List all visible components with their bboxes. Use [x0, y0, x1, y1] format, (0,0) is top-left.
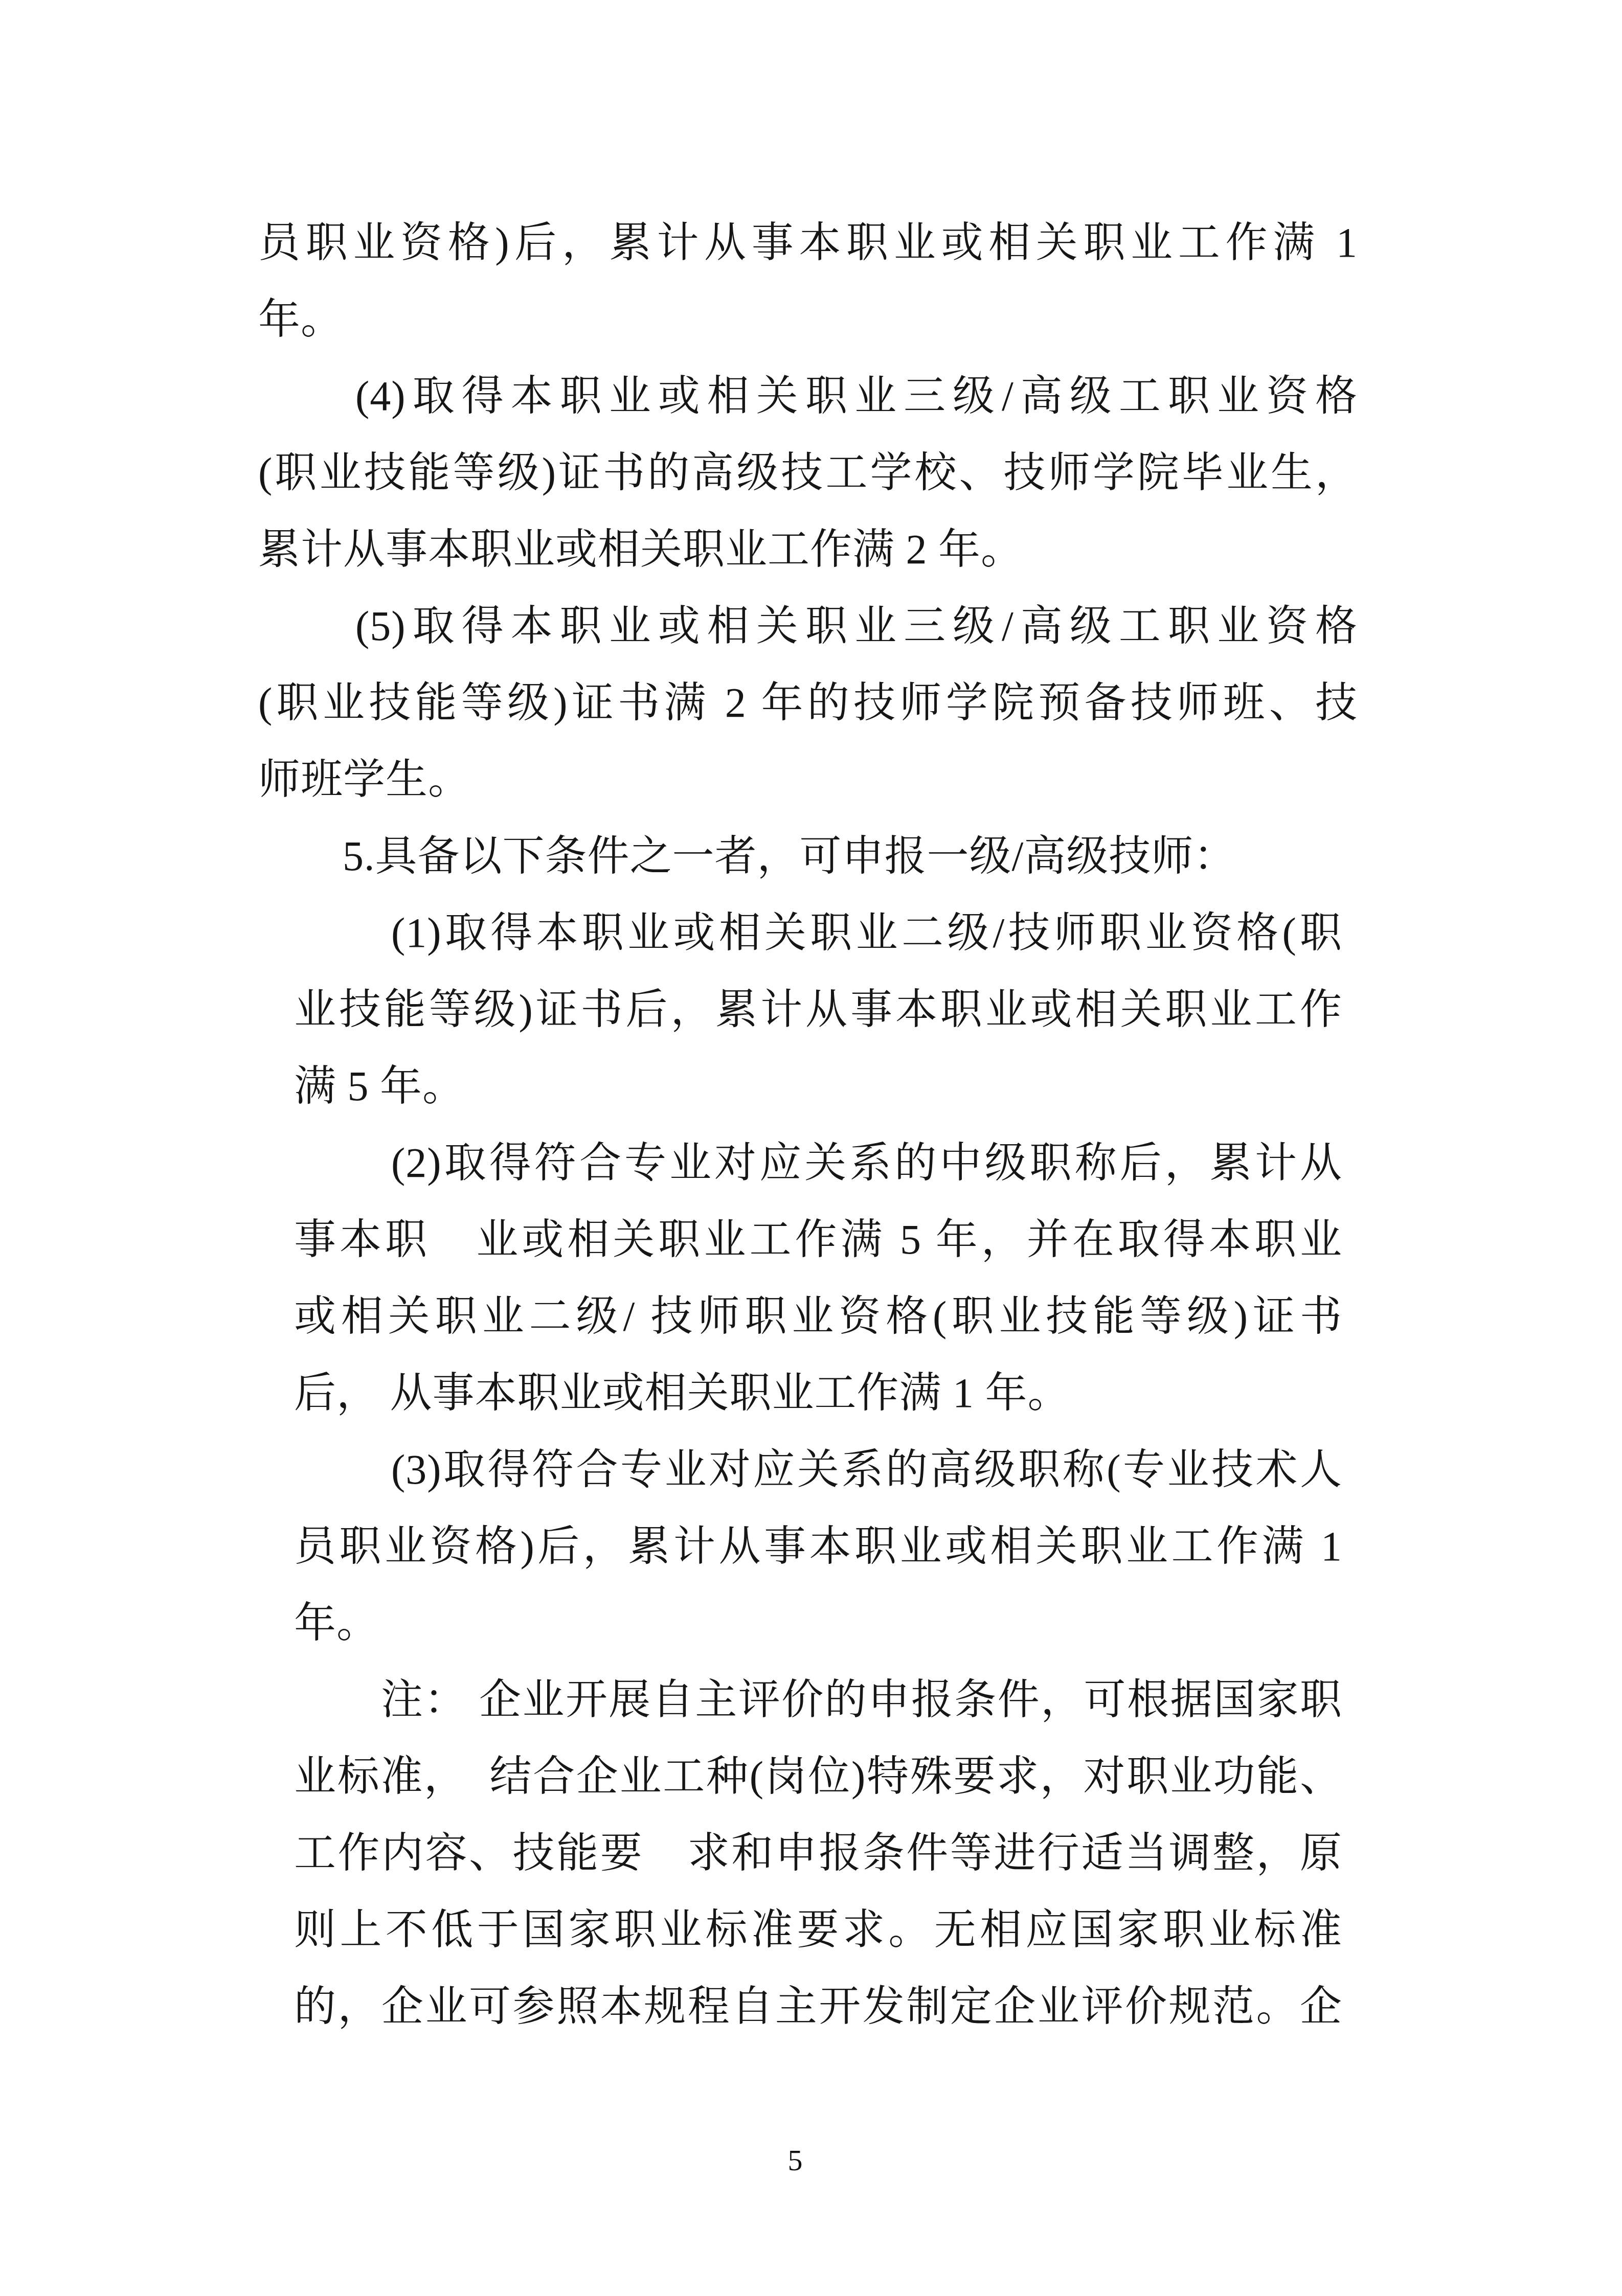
text-line: 工作内容、技能要 求和申报条件等进行适当调整，原: [258, 1815, 1358, 1892]
text-line: 的，企业可参照本规程自主开发制定企业评价规范。企: [258, 1968, 1358, 2045]
text-line: 员职业资格)后，累计从事本职业或相关职业工作满 1: [258, 1508, 1358, 1585]
document-page: 员职业资格)后，累计从事本职业或相关职业工作满 1 年。 (4)取得本职业或相关…: [0, 0, 1622, 2296]
text-line: 事本职 业或相关职业工作满 5 年，并在取得本职业: [258, 1201, 1358, 1278]
text-line: (2)取得符合专业对应关系的中级职称后，累计从: [258, 1125, 1358, 1201]
text-line: 5.具备以下条件之一者，可申报一级/高级技师：: [258, 818, 1358, 895]
text-line: 员职业资格)后，累计从事本职业或相关职业工作满 1: [258, 204, 1358, 281]
text-line: 注： 企业开展自主评价的申报条件，可根据国家职: [258, 1662, 1358, 1738]
text-line: 师班学生。: [258, 741, 1358, 818]
text-line: 业标准， 结合企业工种(岗位)特殊要求，对职业功能、: [258, 1738, 1358, 1815]
text-line: 则上不低于国家职业标准要求。无相应国家职业标准: [258, 1892, 1358, 1968]
text-line: (5)取得本职业或相关职业三级/高级工职业资格: [258, 588, 1358, 665]
text-line: (4)取得本职业或相关职业三级/高级工职业资格: [258, 358, 1358, 435]
text-line: 业技能等级)证书后，累计从事本职业或相关职业工作: [258, 971, 1358, 1048]
text-line: (3)取得符合专业对应关系的高级职称(专业技术人: [258, 1431, 1358, 1508]
text-line: 累计从事本职业或相关职业工作满 2 年。: [258, 511, 1358, 588]
text-line: 年。: [258, 1585, 1358, 1662]
text-line: (职业技能等级)证书的高级技工学校、技师学院毕业生，: [258, 435, 1358, 511]
text-line: 后， 从事本职业或相关职业工作满 1 年。: [258, 1355, 1358, 1431]
text-block: 员职业资格)后，累计从事本职业或相关职业工作满 1 年。 (4)取得本职业或相关…: [258, 204, 1358, 2045]
text-line: (职业技能等级)证书满 2 年的技师学院预备技师班、技: [258, 665, 1358, 741]
page-number: 5: [764, 2136, 826, 2185]
text-line: 满 5 年。: [258, 1048, 1358, 1125]
text-line: (1)取得本职业或相关职业二级/技师职业资格(职: [258, 895, 1358, 971]
text-line: 年。: [258, 281, 1358, 358]
text-line: 或相关职业二级/ 技师职业资格(职业技能等级)证书: [258, 1278, 1358, 1355]
